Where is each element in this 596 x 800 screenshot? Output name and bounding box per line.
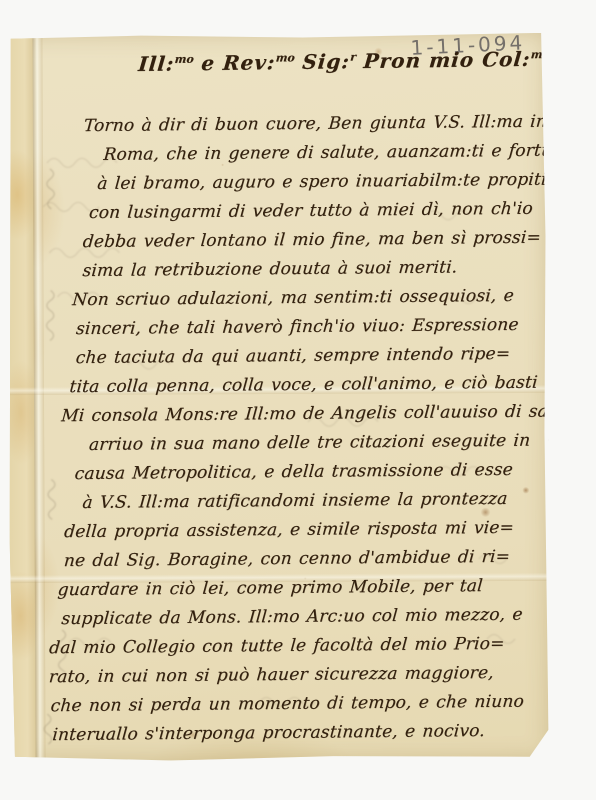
letter-line: à V.S. Ill:ma ratificandomi insieme la p… xyxy=(53,485,541,519)
salutation-text: Sig: xyxy=(293,49,351,74)
salutation-text: Ill: xyxy=(137,52,175,76)
letter-line: Torno à dir di buon cuore, Ben giunta V.… xyxy=(83,107,571,141)
letter-line: Non scriuo adulazioni, ma sentim:ti osse… xyxy=(69,282,557,316)
folded-edge xyxy=(6,35,35,761)
letter-line: causa Metropolitica, e della trasmission… xyxy=(56,456,544,490)
letter-line: rato, in cui non si può hauer sicurezza … xyxy=(40,659,528,693)
letter-body: Torno à dir di buon cuore, Ben giunta V.… xyxy=(35,107,571,750)
letter-salutation: Ill:mo e Rev:mo Sig:r Pron mio Col:mo xyxy=(137,48,459,76)
letter-line: che taciuta da qui auanti, sempre intend… xyxy=(65,340,553,374)
letter-line: guardare in ciò lei, come primo Mobile, … xyxy=(46,572,534,606)
salutation-superscript: mo xyxy=(530,48,550,61)
salutation-text: e Rev: xyxy=(192,50,276,75)
letter-line: sima la retribuzione douuta à suoi merit… xyxy=(71,252,559,286)
letter-line: della propria assistenza, e simile rispo… xyxy=(51,514,539,548)
salutation-superscript: mo xyxy=(174,53,194,66)
letter-line: arriuo in sua mano delle tre citazioni e… xyxy=(58,427,546,461)
letter-line: tita colla penna, colla voce, e coll'ani… xyxy=(62,369,550,403)
letter-line: Roma, che in genere di salute, auanzam:t… xyxy=(80,136,568,170)
letter-line: interuallo s'interponga procrastinante, … xyxy=(35,717,523,751)
letter-page: 1-11-094 Ill:mo e Rev:mo Sig:r Pron mio … xyxy=(6,33,548,761)
letter-line: ne dal Sig. Boragine, con cenno d'ambidu… xyxy=(49,543,537,577)
letter-line: supplicate da Mons. Ill:mo Arc:uo col mi… xyxy=(44,601,532,635)
letter-line: dal mio Collegio con tutte le facoltà de… xyxy=(42,630,530,664)
letter-line: Mi consola Mons:re Ill:mo de Angelis col… xyxy=(60,398,548,432)
letter-line: che non si perda un momento di tempo, e … xyxy=(37,688,525,722)
letter-line: debba veder lontano il mio fine, ma ben … xyxy=(74,223,562,257)
letter-line: à lei bramo, auguro e spero inuariabilm:… xyxy=(78,165,566,199)
salutation-superscript: mo xyxy=(275,51,295,64)
scan-background: 1-11-094 Ill:mo e Rev:mo Sig:r Pron mio … xyxy=(0,0,596,800)
letter-line: con lusingarmi di veder tutto à miei dì,… xyxy=(76,194,564,228)
letter-line: sinceri, che tali haverò finch'io viuo: … xyxy=(67,311,555,345)
salutation-text: Pron mio Col: xyxy=(355,47,532,73)
